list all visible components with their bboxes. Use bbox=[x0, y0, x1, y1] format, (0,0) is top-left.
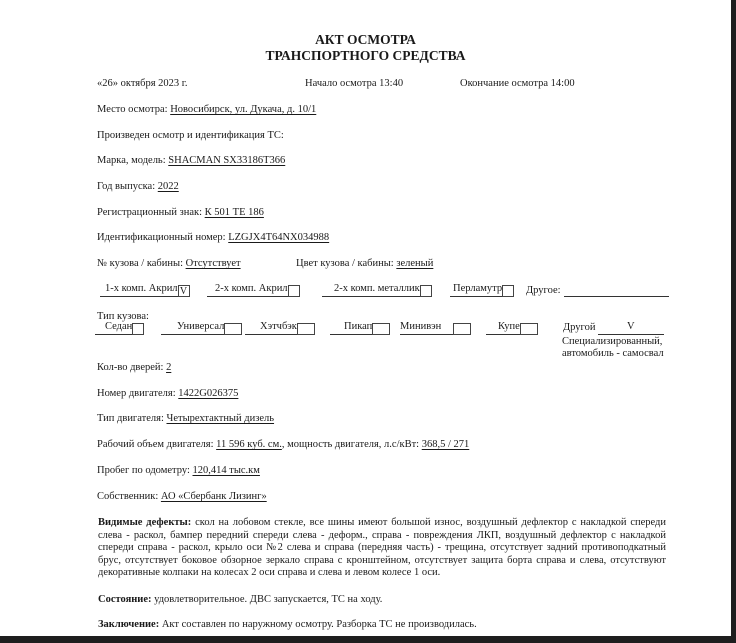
make-field: Марка, модель: SHACMAN SX33186T366 bbox=[97, 155, 285, 167]
paint-option-4: Перламутр bbox=[450, 283, 514, 297]
condition-label: Состояние: bbox=[98, 594, 152, 605]
body-type-other-value-2: автомобиль - самосвал bbox=[562, 348, 664, 360]
document-title-line1: АКТ ОСМОТРА bbox=[0, 32, 731, 48]
make-value: SHACMAN SX33186T366 bbox=[168, 155, 285, 166]
year-label: Год выпуска: bbox=[97, 181, 155, 192]
body-type-hatchback: Хэтчбэк bbox=[245, 321, 315, 335]
inspection-note: Произведен осмотр и идентификация ТС: bbox=[97, 130, 284, 142]
inspection-date: «26» октября 2023 г. bbox=[97, 78, 188, 90]
doors-label: Кол-во дверей: bbox=[97, 362, 163, 373]
year-value: 2022 bbox=[158, 181, 179, 192]
location-field: Место осмотра: Новосибирск, ул. Дукача, … bbox=[97, 104, 316, 116]
location-label: Место осмотра: bbox=[97, 104, 168, 115]
reg-field: Регистрационный знак: К 501 ТЕ 186 bbox=[97, 207, 264, 219]
checkbox[interactable] bbox=[453, 323, 471, 335]
engine-power-label: , мощность двигателя, л.с/кВт: bbox=[282, 439, 419, 450]
reg-value: К 501 ТЕ 186 bbox=[205, 207, 264, 218]
engine-number-field: Номер двигателя: 1422G026375 bbox=[97, 388, 238, 400]
checkbox[interactable] bbox=[520, 323, 538, 335]
engine-number-value: 1422G026375 bbox=[178, 388, 238, 399]
doors-field: Кол-во дверей: 2 bbox=[97, 362, 171, 374]
owner-label: Собственник: bbox=[97, 491, 158, 502]
body-type-sedan: Седан bbox=[95, 321, 144, 335]
checkbox[interactable] bbox=[502, 285, 514, 297]
engine-type-value: Четырехтактный дизель bbox=[167, 413, 275, 424]
condition-paragraph: Состояние: удовлетворительное. ДВС запус… bbox=[98, 594, 666, 607]
checkbox[interactable] bbox=[420, 285, 432, 297]
engine-type-label: Тип двигателя: bbox=[97, 413, 164, 424]
make-label: Марка, модель: bbox=[97, 155, 166, 166]
defects-paragraph: Видимые дефекты: скол на лобовом стекле,… bbox=[98, 517, 666, 580]
checkbox[interactable]: V bbox=[178, 285, 190, 297]
vin-value: LZGJX4T64NX034988 bbox=[228, 232, 329, 243]
body-type-other-label: Другой bbox=[563, 322, 595, 334]
year-field: Год выпуска: 2022 bbox=[97, 181, 179, 193]
vin-label: Идентификационный номер: bbox=[97, 232, 226, 243]
engine-power-value: 368,5 / 271 bbox=[422, 439, 470, 450]
body-type-wagon: Универсал bbox=[161, 321, 242, 335]
engine-type-field: Тип двигателя: Четырехтактный дизель bbox=[97, 413, 274, 425]
checkbox[interactable] bbox=[288, 285, 300, 297]
inspection-start: Начало осмотра 13:40 bbox=[305, 78, 403, 90]
document-page: АКТ ОСМОТРА ТРАНСПОРТНОГО СРЕДСТВА «26» … bbox=[0, 0, 731, 636]
mileage-label: Пробег по одометру: bbox=[97, 465, 190, 476]
body-number-field: № кузова / кабины: Отсутствует bbox=[97, 258, 241, 270]
checkbox[interactable] bbox=[224, 323, 242, 335]
paint-other-label: Другое: bbox=[526, 285, 561, 297]
body-type-pickup: Пикап bbox=[330, 321, 390, 335]
engine-volume-label: Рабочий объем двигателя: bbox=[97, 439, 214, 450]
engine-volume-value: 11 596 куб. см. bbox=[216, 439, 282, 450]
paint-other-blank[interactable] bbox=[564, 296, 669, 297]
mileage-value: 120,414 тыс.км bbox=[193, 465, 260, 476]
doors-value: 2 bbox=[166, 362, 171, 373]
conclusion-text: Акт составлен по наружному осмотру. Разб… bbox=[162, 619, 477, 630]
checkbox[interactable] bbox=[132, 323, 144, 335]
engine-number-label: Номер двигателя: bbox=[97, 388, 176, 399]
document-title-line2: ТРАНСПОРТНОГО СРЕДСТВА bbox=[0, 48, 731, 64]
reg-label: Регистрационный знак: bbox=[97, 207, 202, 218]
body-type-coupe: Купе bbox=[486, 321, 538, 335]
vin-field: Идентификационный номер: LZGJX4T64NX0349… bbox=[97, 232, 329, 244]
body-color-label: Цвет кузова / кабины: bbox=[296, 258, 394, 269]
inspection-end: Окончание осмотра 14:00 bbox=[460, 78, 575, 90]
body-color-value: зеленый bbox=[396, 258, 433, 269]
paint-option-1: 1-х комп. АкрилV bbox=[100, 283, 190, 297]
checkbox[interactable] bbox=[372, 323, 390, 335]
mileage-field: Пробег по одометру: 120,414 тыс.км bbox=[97, 465, 260, 477]
body-color-field: Цвет кузова / кабины: зеленый bbox=[296, 258, 433, 270]
body-type-other-blank[interactable] bbox=[598, 334, 664, 335]
paint-option-3: 2-х комп. металлик bbox=[322, 283, 432, 297]
checkbox[interactable] bbox=[297, 323, 315, 335]
body-type-minivan: Минивэн bbox=[400, 321, 471, 335]
body-number-label: № кузова / кабины: bbox=[97, 258, 183, 269]
paint-option-2: 2-х комп. Акрил bbox=[207, 283, 300, 297]
conclusion-label: Заключение: bbox=[98, 619, 159, 630]
owner-field: Собственник: АО «Сбербанк Лизинг» bbox=[97, 491, 267, 503]
defects-label: Видимые дефекты: bbox=[98, 517, 191, 528]
body-type-other-mark: V bbox=[627, 321, 635, 333]
body-number-value: Отсутствует bbox=[186, 258, 241, 269]
engine-volume-field: Рабочий объем двигателя: 11 596 куб. см.… bbox=[97, 439, 469, 451]
location-value: Новосибирск, ул. Дукача, д. 10/1 bbox=[170, 104, 316, 115]
condition-text: удовлетворительное. ДВС запускается, ТС … bbox=[154, 594, 382, 605]
conclusion-paragraph: Заключение: Акт составлен по наружному о… bbox=[98, 619, 666, 632]
owner-value: АО «Сбербанк Лизинг» bbox=[161, 491, 267, 502]
body-type-other-value-1: Специализированный, bbox=[562, 336, 662, 348]
